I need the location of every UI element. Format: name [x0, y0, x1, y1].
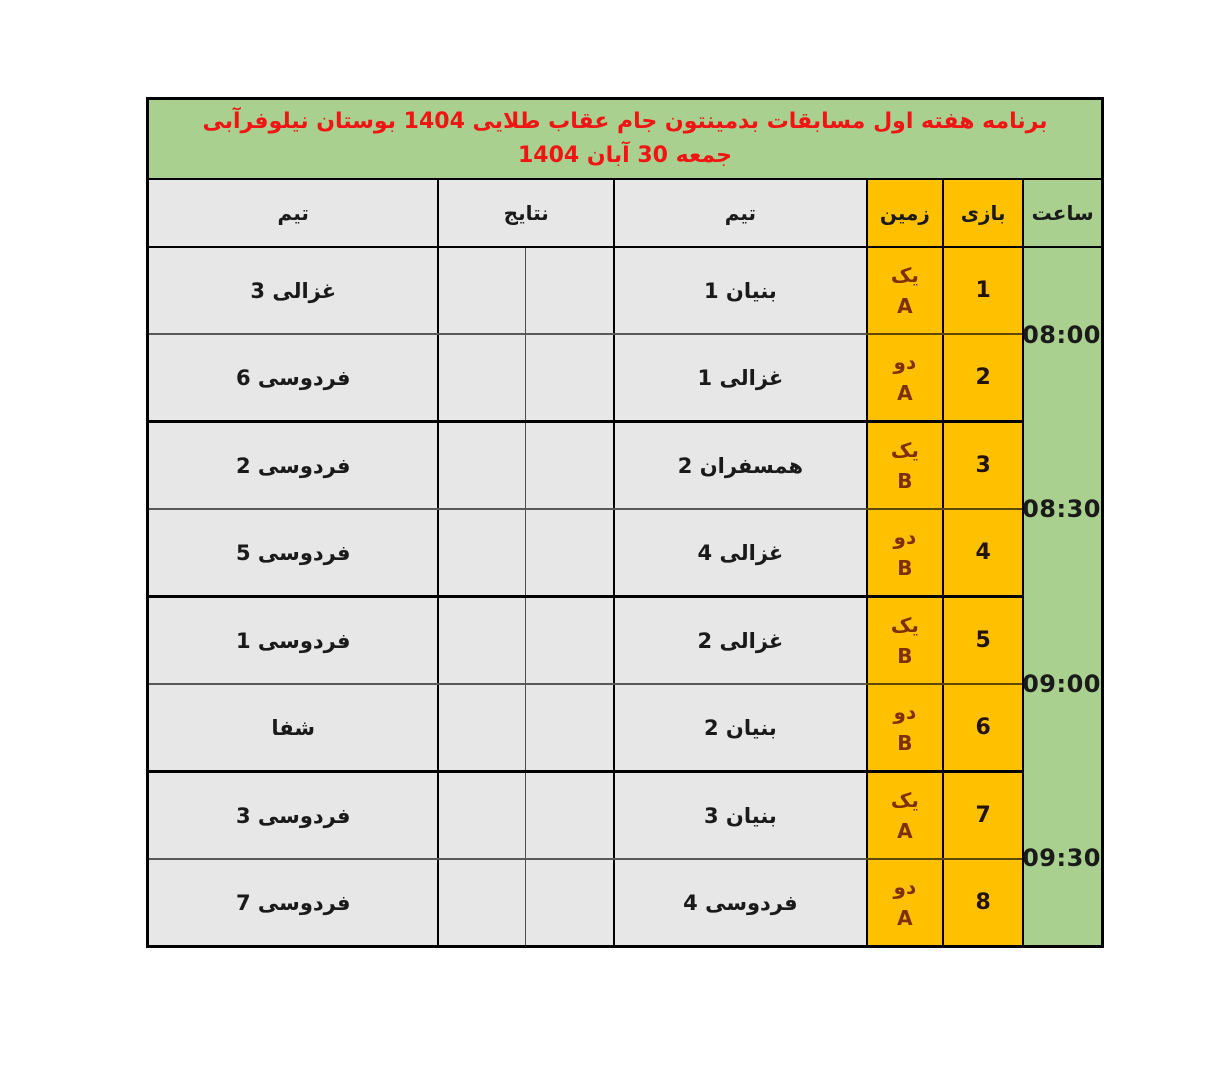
result-cell	[438, 247, 525, 334]
court-name: دو	[868, 522, 942, 553]
time-cell: 08:30	[1023, 422, 1102, 597]
team-right-cell: بنیان 1	[614, 247, 867, 334]
result-cell	[438, 597, 525, 685]
court-group: A	[868, 816, 942, 847]
team-left-cell: فردوسی 1	[148, 597, 439, 685]
court-group: B	[868, 641, 942, 672]
team-right-cell: فردوسی 4	[614, 859, 867, 947]
court-cell: دو A	[867, 859, 943, 947]
time-cell: 09:00	[1023, 597, 1102, 772]
team-left-cell: شفا	[148, 684, 439, 772]
court-name: یک	[868, 785, 942, 816]
team-left-cell: فردوسی 2	[148, 422, 439, 510]
court-name: یک	[868, 435, 942, 466]
result-cell	[526, 859, 614, 947]
court-cell: دو B	[867, 684, 943, 772]
title-banner: برنامه هفته اول مسابقات بدمینتون جام عقا…	[148, 99, 1103, 180]
court-name: دو	[868, 347, 942, 378]
court-cell: یک B	[867, 422, 943, 510]
team-right-cell: بنیان 3	[614, 772, 867, 860]
match-row: 8 دو A فردوسی 4 فردوسی 7	[148, 859, 1103, 947]
court-name: دو	[868, 697, 942, 728]
header-time: ساعت	[1023, 179, 1102, 247]
header-court: زمین	[867, 179, 943, 247]
result-cell	[438, 684, 525, 772]
match-row: 4 دو B غزالی 4 فردوسی 5	[148, 509, 1103, 597]
game-number-cell: 2	[943, 334, 1023, 422]
game-number-cell: 7	[943, 772, 1023, 860]
court-cell: دو A	[867, 334, 943, 422]
court-group: A	[868, 903, 942, 934]
team-right-cell: غزالی 1	[614, 334, 867, 422]
result-cell	[526, 772, 614, 860]
game-number-cell: 4	[943, 509, 1023, 597]
time-cell: 08:00	[1023, 247, 1102, 422]
result-cell	[438, 859, 525, 947]
result-cell	[526, 247, 614, 334]
team-left-cell: فردوسی 5	[148, 509, 439, 597]
match-row: 09:30 7 یک A بنیان 3 فردوسی 3	[148, 772, 1103, 860]
team-left-cell: فردوسی 3	[148, 772, 439, 860]
team-left-cell: فردوسی 7	[148, 859, 439, 947]
time-cell: 09:30	[1023, 772, 1102, 947]
result-cell	[526, 334, 614, 422]
result-cell	[526, 422, 614, 510]
team-left-cell: غزالی 3	[148, 247, 439, 334]
game-number-cell: 1	[943, 247, 1023, 334]
court-cell: دو B	[867, 509, 943, 597]
match-row: 6 دو B بنیان 2 شفا	[148, 684, 1103, 772]
court-group: B	[868, 728, 942, 759]
court-group: B	[868, 553, 942, 584]
result-cell	[526, 597, 614, 685]
team-right-cell: غزالی 2	[614, 597, 867, 685]
column-header-row: ساعت بازی زمین تیم نتایج تیم	[148, 179, 1103, 247]
result-cell	[438, 422, 525, 510]
court-name: یک	[868, 260, 942, 291]
team-right-cell: بنیان 2	[614, 684, 867, 772]
tournament-date: جمعه 30 آبان 1404	[149, 139, 1101, 173]
title-cell: برنامه هفته اول مسابقات بدمینتون جام عقا…	[148, 99, 1103, 180]
court-cell: یک A	[867, 247, 943, 334]
header-results: نتایج	[438, 179, 614, 247]
match-row: 09:00 5 یک B غزالی 2 فردوسی 1	[148, 597, 1103, 685]
schedule-table: برنامه هفته اول مسابقات بدمینتون جام عقا…	[146, 97, 1104, 948]
court-name: یک	[868, 610, 942, 641]
court-cell: یک A	[867, 772, 943, 860]
game-number-cell: 6	[943, 684, 1023, 772]
court-group: A	[868, 378, 942, 409]
team-right-cell: همسفران 2	[614, 422, 867, 510]
match-row: 2 دو A غزالی 1 فردوسی 6	[148, 334, 1103, 422]
game-number-cell: 3	[943, 422, 1023, 510]
court-group: A	[868, 291, 942, 322]
result-cell	[438, 334, 525, 422]
header-team-left: تیم	[148, 179, 439, 247]
schedule-container: برنامه هفته اول مسابقات بدمینتون جام عقا…	[146, 97, 1104, 948]
result-cell	[438, 509, 525, 597]
game-number-cell: 8	[943, 859, 1023, 947]
header-team-right: تیم	[614, 179, 867, 247]
result-cell	[526, 509, 614, 597]
result-cell	[526, 684, 614, 772]
match-row: 08:00 1 یک A بنیان 1 غزالی 3	[148, 247, 1103, 334]
court-cell: یک B	[867, 597, 943, 685]
game-number-cell: 5	[943, 597, 1023, 685]
team-right-cell: غزالی 4	[614, 509, 867, 597]
team-left-cell: فردوسی 6	[148, 334, 439, 422]
header-game: بازی	[943, 179, 1023, 247]
court-group: B	[868, 466, 942, 497]
match-row: 08:30 3 یک B همسفران 2 فردوسی 2	[148, 422, 1103, 510]
result-cell	[438, 772, 525, 860]
schedule-page: برنامه هفته اول مسابقات بدمینتون جام عقا…	[0, 0, 1210, 1080]
court-name: دو	[868, 872, 942, 903]
tournament-title: برنامه هفته اول مسابقات بدمینتون جام عقا…	[149, 105, 1101, 139]
